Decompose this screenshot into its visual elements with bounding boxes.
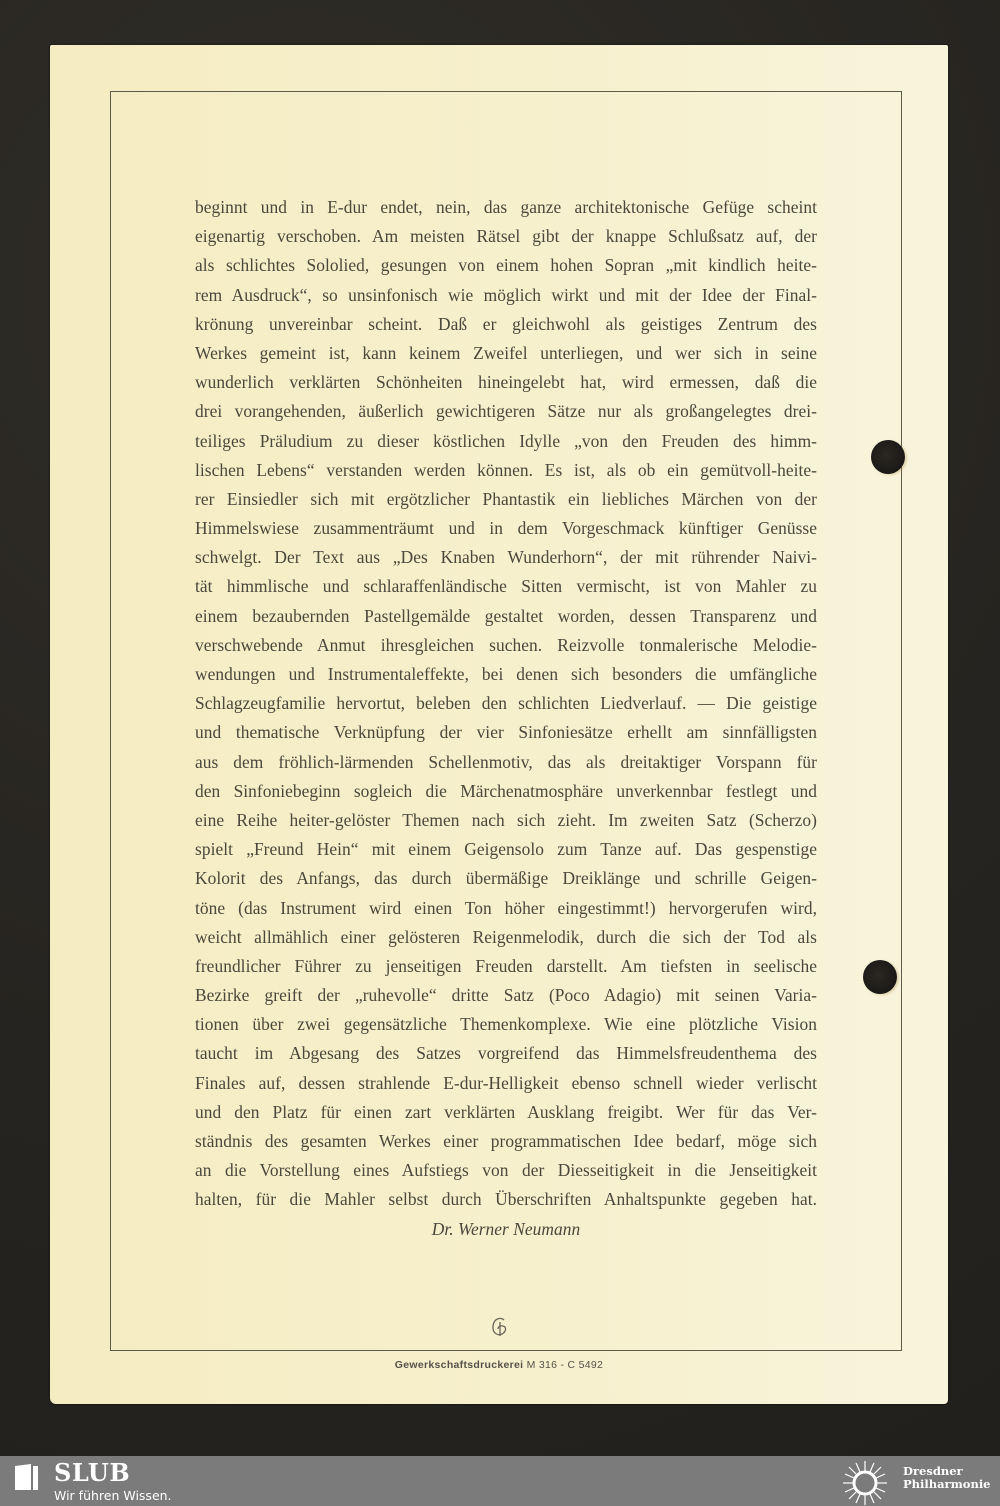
text-line: drei vorangehenden, äußerlich gewichtige… — [195, 397, 817, 426]
text-line: schwelgt. Der Text aus „Des Knaben Wunde… — [195, 543, 817, 572]
text-line: Himmelswiese zusammenträumt und in dem V… — [195, 514, 817, 543]
text-line: weicht allmählich einer gelösteren Reige… — [195, 923, 817, 952]
philharmonie-sun-icon[interactable] — [840, 1460, 890, 1506]
printer-name: Gewerkschaftsdruckerei — [395, 1359, 524, 1371]
text-line: beginnt und in E-dur endet, nein, das ga… — [195, 193, 817, 222]
punch-hole-lower — [863, 960, 897, 994]
text-line: taucht im Abgesang des Satzes vorgreifen… — [195, 1039, 817, 1068]
text-line: teiliges Präludium zu dieser köstlichen … — [195, 427, 817, 456]
philharmonie-logo-text[interactable]: Dresdner Philharmonie — [903, 1465, 991, 1491]
text-line: Kolorit des Anfangs, das durch übermäßig… — [195, 864, 817, 893]
philharmonie-line-1: Dresdner — [903, 1464, 963, 1478]
printer-code: M 316 - C 5492 — [527, 1359, 604, 1371]
text-line: tionen über zwei gegensätzliche Themenko… — [195, 1010, 817, 1039]
text-line: rer Einsiedler sich mit ergötzlicher Pha… — [195, 485, 817, 514]
philharmonie-line-2: Philharmonie — [903, 1477, 991, 1491]
text-line: als schlichtes Sololied, gesungen von ei… — [195, 251, 817, 280]
text-line: Werkes gemeint ist, kann keinem Zweifel … — [195, 339, 817, 368]
text-line: krönung unvereinbar scheint. Daß er glei… — [195, 310, 817, 339]
text-line: töne (das Instrument wird einen Ton höhe… — [195, 894, 817, 923]
text-line: halten, für die Mahler selbst durch Über… — [195, 1185, 817, 1214]
footer-bar: SLUB Wir führen Wissen. Dresdner Philhar… — [0, 1456, 1000, 1506]
body-text: beginnt und in E-dur endet, nein, das ga… — [195, 193, 817, 1244]
text-line: an die Vorstellung eines Aufstiegs von d… — [195, 1156, 817, 1185]
author-signature: Dr. Werner Neumann — [195, 1215, 817, 1244]
document-page: beginnt und in E-dur endet, nein, das ga… — [50, 45, 948, 1404]
text-line: aus dem fröhlich-lärmenden Schellenmotiv… — [195, 748, 817, 777]
text-line: wendungen und Instrumentaleffekte, bei d… — [195, 660, 817, 689]
punch-hole-upper — [871, 440, 905, 474]
text-line: freundlicher Führer zu jenseitigen Freud… — [195, 952, 817, 981]
text-line: einem bezaubernden Pastellgemälde gestal… — [195, 602, 817, 631]
text-line: eigenartig verschoben. Am meisten Rätsel… — [195, 222, 817, 251]
slub-book-icon[interactable] — [13, 1462, 39, 1492]
printer-imprint: Gewerkschaftsdruckerei M 316 - C 5492 — [50, 1359, 948, 1371]
text-line: rem Ausdruck“, so unsinfonisch wie mögli… — [195, 281, 817, 310]
printer-mark-icon — [490, 1315, 510, 1341]
text-line: lischen Lebens“ verstanden werden können… — [195, 456, 817, 485]
text-line: spielt „Freund Hein“ mit einem Geigensol… — [195, 835, 817, 864]
text-line: Schlagzeugfamilie hervortut, beleben den… — [195, 689, 817, 718]
text-line: Finales auf, dessen strahlende E-dur-Hel… — [195, 1069, 817, 1098]
slub-logo-text[interactable]: SLUB — [54, 1458, 130, 1487]
text-line: ständnis des gesamten Werkes einer progr… — [195, 1127, 817, 1156]
text-line: und den Platz für einen zart verklärten … — [195, 1098, 817, 1127]
text-line: wunderlich verklärten Schönheiten hinein… — [195, 368, 817, 397]
text-line: den Sinfoniebeginn sogleich die Märchena… — [195, 777, 817, 806]
text-line: eine Reihe heiter-gelöster Themen nach s… — [195, 806, 817, 835]
text-line: und thematische Verknüpfung der vier Sin… — [195, 718, 817, 747]
text-line: Bezirke greift der „ruhevolle“ dritte Sa… — [195, 981, 817, 1010]
slub-tagline: Wir führen Wissen. — [54, 1488, 172, 1503]
text-line: tät himmlische und schlaraffenländische … — [195, 572, 817, 601]
text-line: verschwebende Anmut ihresgleichen suchen… — [195, 631, 817, 660]
